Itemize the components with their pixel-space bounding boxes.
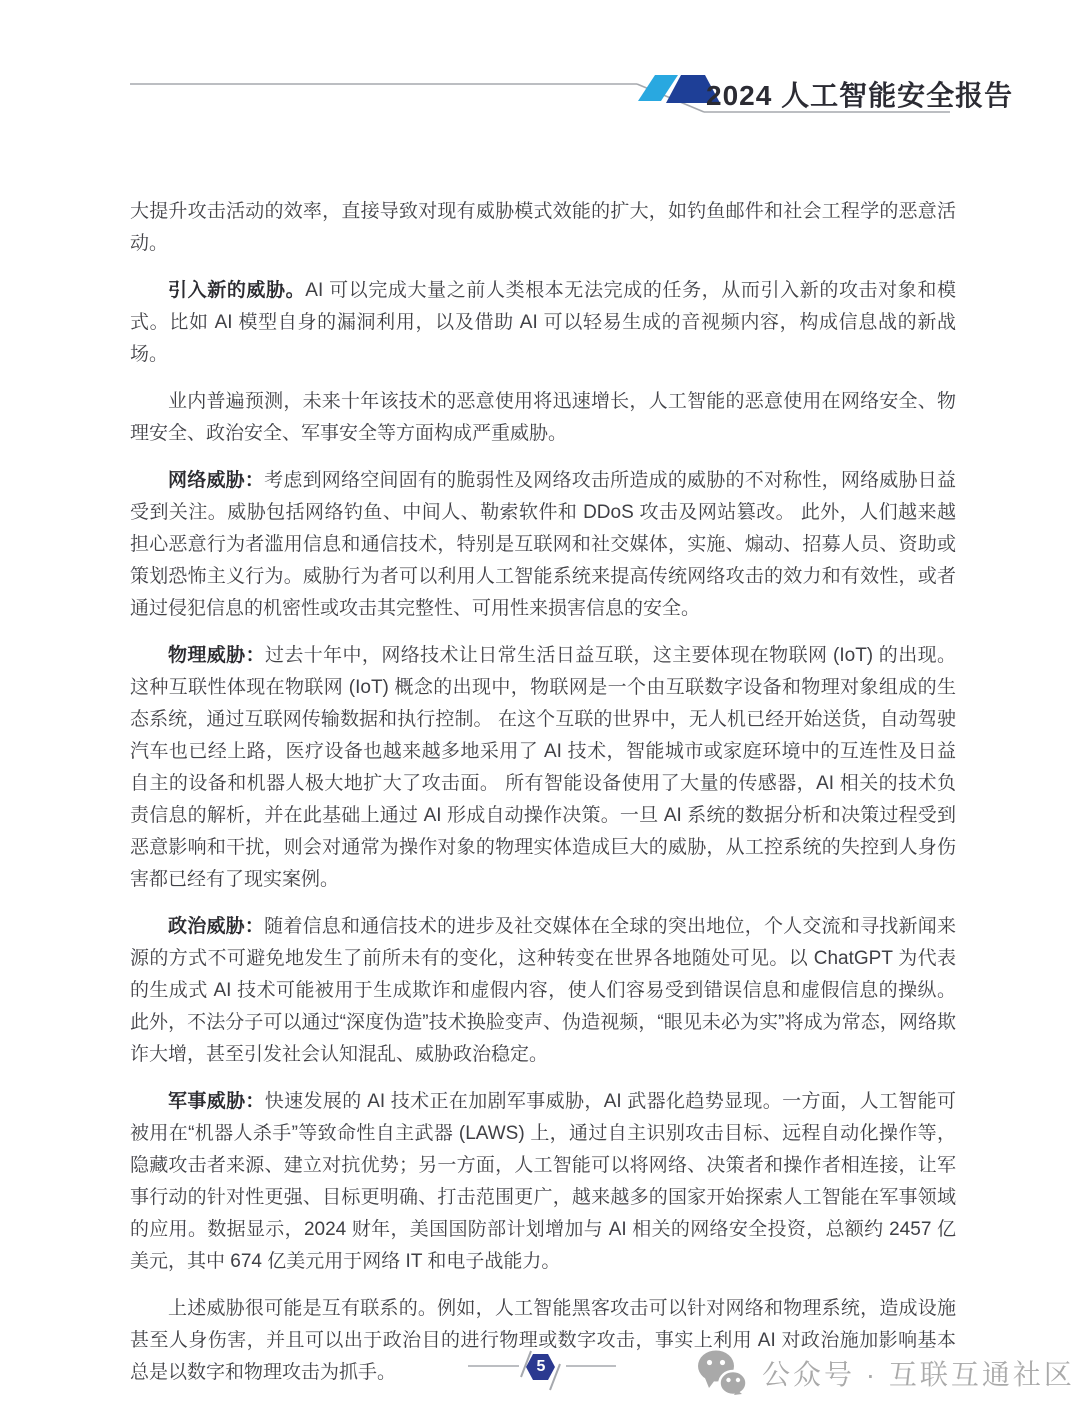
paragraph-text: 业内普遍预测，未来十年该技术的恶意使用将迅速增长，人工智能的恶意使用在网络安全、…	[130, 391, 956, 444]
paragraph: 业内普遍预测，未来十年该技术的恶意使用将迅速增长，人工智能的恶意使用在网络安全、…	[130, 386, 956, 450]
paragraph-text: 过去十年中，网络技术让日常生活日益互联，这主要体现在物联网 (IoT) 的出现。…	[130, 645, 956, 890]
paragraph-lead: 物理威胁：	[168, 645, 265, 666]
page-number: 5	[526, 1355, 556, 1379]
paragraph-text: 快速发展的 AI 技术正在加剧军事威胁，AI 武器化趋势显现。一方面，人工智能可…	[130, 1091, 956, 1272]
paragraph-lead: 军事威胁：	[168, 1091, 265, 1112]
watermark-text: 公众号 · 互联互通社区	[762, 1353, 1075, 1393]
paragraph: 引入新的威胁。AI 可以完成大量之前人类根本无法完成的任务，从而引入新的攻击对象…	[130, 275, 956, 371]
watermark: 公众号 · 互联互通社区	[696, 1344, 1075, 1402]
paragraph-text: 随着信息和通信技术的进步及社交媒体在全球的突出地位，个人交流和寻找新闻来源的方式…	[130, 916, 956, 1065]
paragraph-lead: 政治威胁：	[168, 916, 264, 937]
paragraph: 军事威胁：快速发展的 AI 技术正在加剧军事威胁，AI 武器化趋势显现。一方面，…	[130, 1086, 956, 1278]
paragraph-text: 考虑到网络空间固有的脆弱性及网络攻击所造成的威胁的不对称性，网络威胁日益受到关注…	[130, 470, 956, 619]
header-decoration	[0, 0, 1080, 140]
paragraph-lead: 网络威胁：	[168, 470, 264, 491]
paragraph-text: 大提升攻击活动的效率，直接导致对现有威胁模式效能的扩大，如钓鱼邮件和社会工程学的…	[130, 201, 956, 254]
wechat-icon	[696, 1347, 748, 1399]
document-body: 大提升攻击活动的效率，直接导致对现有威胁模式效能的扩大，如钓鱼邮件和社会工程学的…	[130, 196, 956, 1404]
paragraph-lead: 引入新的威胁。	[168, 280, 305, 301]
report-title: 2024 人工智能安全报告	[706, 74, 966, 114]
paragraph: 大提升攻击活动的效率，直接导致对现有威胁模式效能的扩大，如钓鱼邮件和社会工程学的…	[130, 196, 956, 260]
paragraph: 政治威胁：随着信息和通信技术的进步及社交媒体在全球的突出地位，个人交流和寻找新闻…	[130, 911, 956, 1071]
report-page: 2024 人工智能安全报告 大提升攻击活动的效率，直接导致对现有威胁模式效能的扩…	[0, 0, 1080, 1422]
paragraph: 物理威胁：过去十年中，网络技术让日常生活日益互联，这主要体现在物联网 (IoT)…	[130, 640, 956, 896]
paragraph: 网络威胁：考虑到网络空间固有的脆弱性及网络攻击所造成的威胁的不对称性，网络威胁日…	[130, 465, 956, 625]
